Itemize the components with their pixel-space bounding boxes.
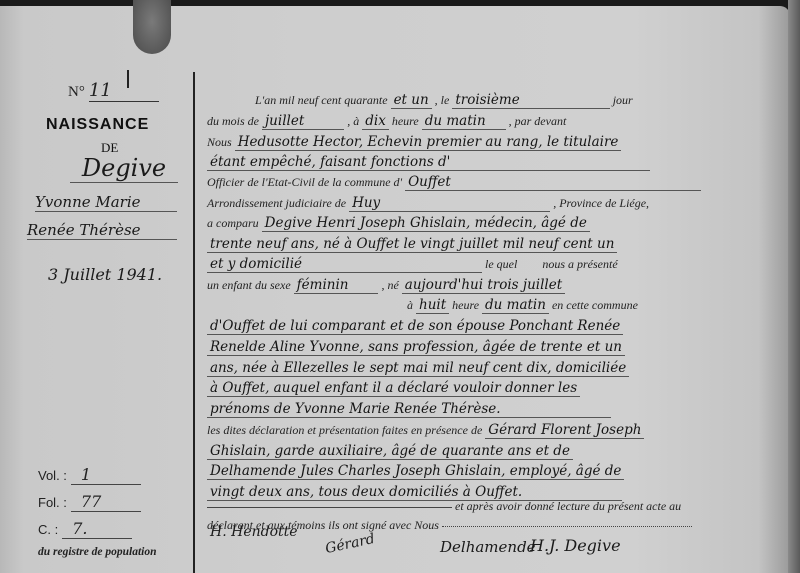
text-line-18: Ghislain, garde auxiliaire, âgé de quara… — [207, 443, 777, 459]
handwritten-text: féminin — [294, 277, 379, 294]
printed-text: , par devant — [509, 114, 567, 128]
handwritten-text: Ghislain, garde auxiliaire, âgé de quara… — [207, 443, 573, 460]
handwritten-text: Renelde Aline Yvonne, sans profession, â… — [207, 339, 625, 356]
printed-text: Officier de l'Etat-Civil de la commune d… — [207, 175, 402, 189]
printed-text: un enfant du sexe — [207, 278, 291, 292]
text-line-16: prénoms de Yvonne Marie Renée Thérèse. — [207, 401, 777, 417]
margin-divider — [193, 72, 195, 573]
c-value: 7. — [62, 519, 132, 539]
signature-witness-2: Delhamende — [440, 538, 536, 556]
blank-line — [442, 526, 692, 527]
handwritten-text: prénoms de Yvonne Marie Renée Thérèse. — [207, 401, 611, 418]
printed-text: Nous — [207, 135, 232, 149]
text-line-12: d'Ouffet de lui comparant et de son épou… — [207, 318, 777, 334]
text-line-10: un enfant du sexe féminin , né aujourd'h… — [207, 277, 777, 293]
handwritten-text: dix — [362, 113, 389, 130]
child-given-names-2: Renée Thérèse — [27, 221, 177, 240]
text-line-7: a comparu Degive Henri Joseph Ghislain, … — [207, 215, 777, 231]
text-line-14: ans, née à Ellezelles le sept mai mil ne… — [207, 360, 777, 376]
c-label: C. : — [38, 522, 58, 537]
text-line-5: Officier de l'Etat-Civil de la commune d… — [207, 174, 777, 190]
text-line-4: étant empêché, faisant fonctions d' — [207, 154, 777, 170]
number-label: N° — [68, 84, 85, 100]
text-line-13: Renelde Aline Yvonne, sans profession, â… — [207, 339, 777, 355]
text-line-17: les dites déclaration et présentation fa… — [207, 422, 777, 438]
text-line-11: à huit heure du matin en cette commune — [207, 297, 777, 313]
printed-text: nous a présenté — [542, 257, 617, 271]
fol-field: Fol. :77 — [38, 492, 141, 512]
handwritten-text: Ouffet — [405, 174, 701, 191]
handwritten-text: Degive Henri Joseph Ghislain, médecin, â… — [262, 215, 590, 232]
handwritten-text: huit — [416, 297, 449, 314]
printed-text: le quel — [485, 257, 517, 271]
handwritten-text: et y domicilié — [207, 256, 482, 273]
printed-text: L'an mil neuf cent quarante — [255, 93, 388, 107]
vol-field: Vol. :1 — [38, 465, 141, 485]
text-line-1: L'an mil neuf cent quarante et un , le t… — [207, 92, 800, 108]
child-surname: Degive — [70, 154, 178, 183]
signature-declarant: H.J. Degive — [530, 536, 621, 555]
handwritten-text: du matin — [422, 113, 506, 130]
printed-text: à — [407, 298, 413, 312]
handwritten-text: Huy — [349, 195, 550, 212]
handwritten-text: étant empêché, faisant fonctions d' — [207, 154, 650, 171]
printed-text: les dites déclaration et présentation fa… — [207, 423, 482, 437]
signature-witness-1: Gérard — [324, 531, 376, 557]
handwritten-text: d'Ouffet de lui comparant et de son épou… — [207, 318, 623, 335]
vol-value: 1 — [71, 465, 141, 485]
fol-value: 77 — [71, 492, 141, 512]
handwritten-text: ans, née à Ellezelles le sept mai mil ne… — [207, 360, 629, 377]
printed-text: heure — [392, 114, 419, 128]
text-line-8: trente neuf ans, né à Ouffet le vingt ju… — [207, 236, 777, 252]
text-line-15: à Ouffet, auquel enfant il a déclaré vou… — [207, 380, 777, 396]
handwritten-text: trente neuf ans, né à Ouffet le vingt ju… — [207, 236, 617, 253]
text-line-19: Delhamende Jules Charles Joseph Ghislain… — [207, 463, 777, 479]
handwritten-text: Hedusotte Hector, Echevin premier au ran… — [235, 134, 622, 151]
birth-date: 3 Juillet 1941. — [48, 265, 162, 284]
fol-label: Fol. : — [38, 495, 67, 510]
handwritten-text: troisième — [452, 92, 609, 109]
printed-text: du mois de — [207, 114, 259, 128]
registry-note: du registre de population — [38, 546, 157, 558]
finger-holding-page — [133, 0, 171, 54]
register-page: N°11 NAISSANCE DE Degive Yvonne Marie Re… — [0, 6, 790, 573]
text-line-2: du mois de juillet , à dix heure du mati… — [207, 113, 777, 129]
printed-text: en cette commune — [552, 298, 638, 312]
handwritten-text: Gérard Florent Joseph — [485, 422, 644, 439]
signature-officer: H. Hendotte — [210, 524, 298, 540]
printed-text: , né — [381, 278, 398, 292]
book-spine — [788, 0, 800, 573]
text-line-6: Arrondissement judiciaire de Huy , Provi… — [207, 195, 777, 211]
printed-text: a comparu — [207, 216, 259, 230]
text-line-3: Nous Hedusotte Hector, Echevin premier a… — [207, 134, 777, 150]
c-field: C. :7. — [38, 519, 132, 539]
text-line-9: et y domicilié le quel nous a présenté — [207, 256, 777, 272]
handwritten-text: juillet — [262, 113, 344, 130]
printed-text: et après avoir donné lecture du présent … — [455, 499, 681, 513]
handwritten-text: à Ouffet, auquel enfant il a déclaré vou… — [207, 380, 580, 397]
record-number: N°11 — [68, 80, 159, 102]
vol-label: Vol. : — [38, 468, 67, 483]
printed-text: heure — [452, 298, 479, 312]
text-line-20: vingt deux ans, tous deux domiciliés à O… — [207, 484, 777, 500]
number-value: 11 — [89, 80, 159, 102]
child-given-names-1: Yvonne Marie — [35, 193, 177, 212]
text-line-21: et après avoir donné lecture du présent … — [207, 499, 777, 514]
handwritten-text: aujourd'hui trois juillet — [402, 277, 565, 294]
printed-text: , le — [435, 93, 450, 107]
handwritten-text: et un — [391, 92, 432, 109]
handwritten-text: du matin — [482, 297, 549, 314]
record-heading: NAISSANCE — [46, 116, 149, 134]
blank-line — [207, 507, 452, 508]
printed-text: , à — [347, 114, 359, 128]
printed-text: , Province de Liége, — [553, 196, 649, 210]
printed-text: Arrondissement judiciaire de — [207, 196, 346, 210]
handwritten-text: Delhamende Jules Charles Joseph Ghislain… — [207, 463, 624, 480]
printed-text: jour — [613, 93, 633, 107]
